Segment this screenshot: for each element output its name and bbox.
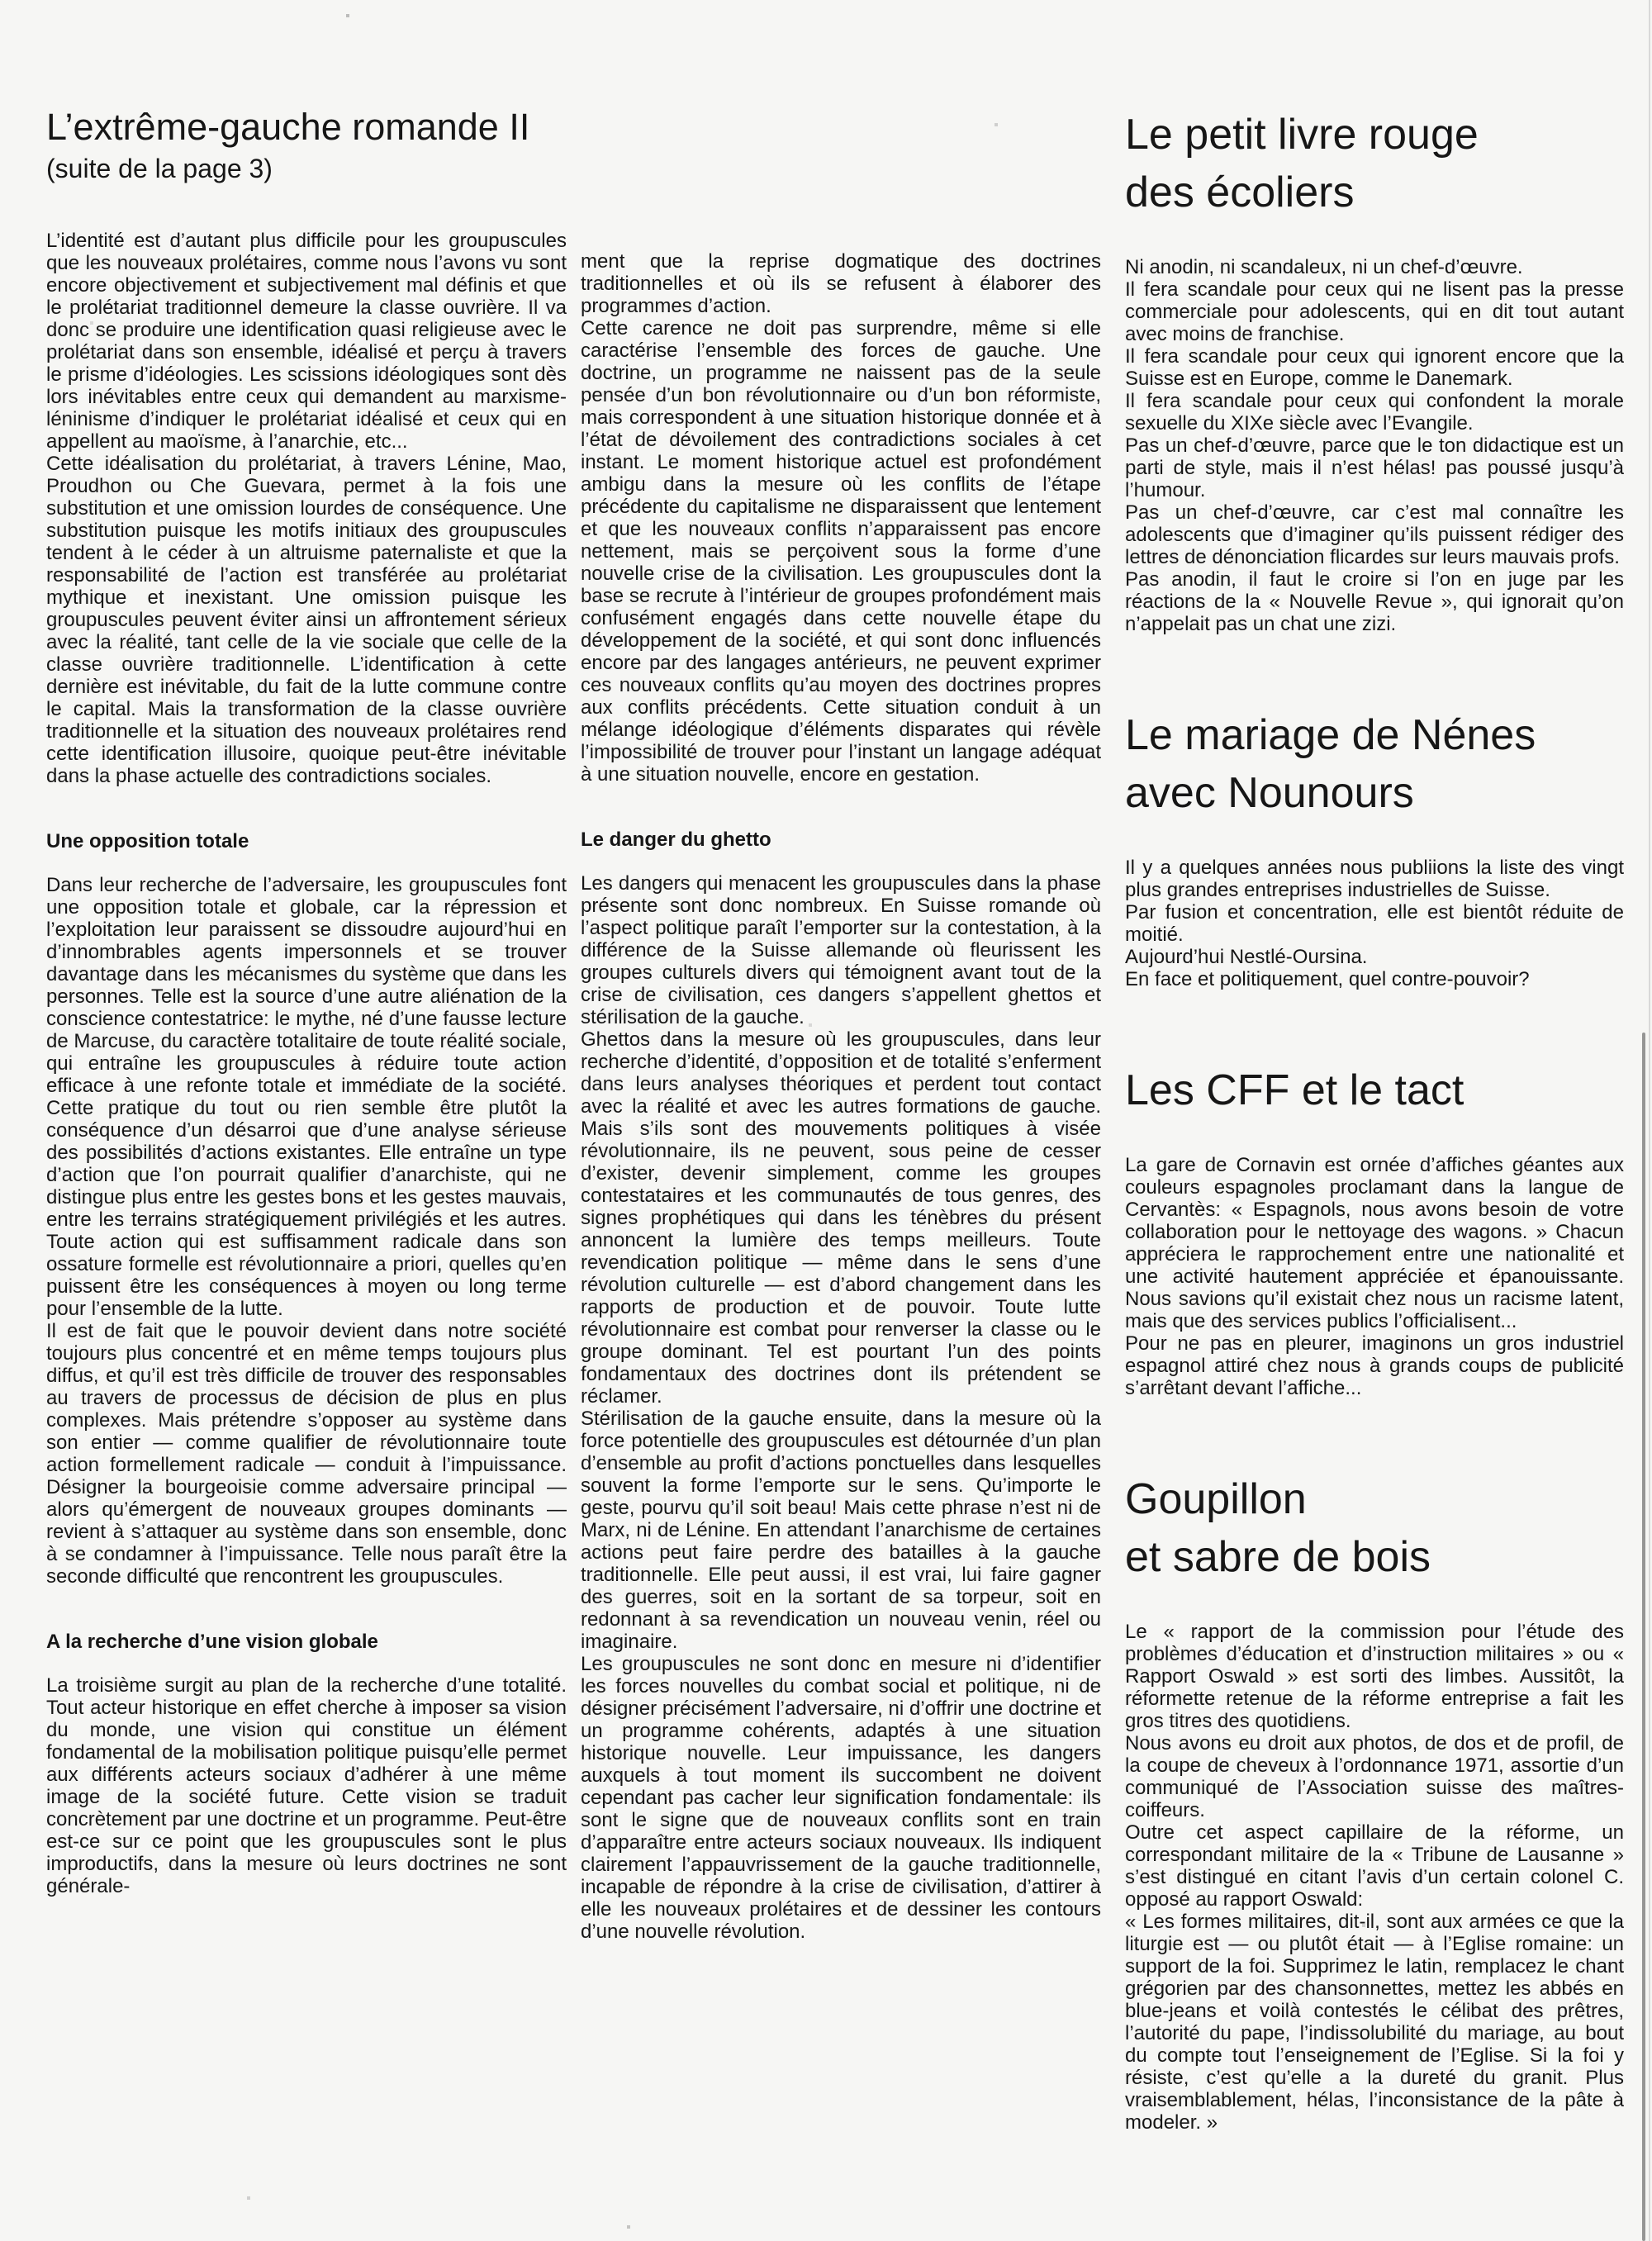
- paragraph: Pour ne pas en pleurer, imaginons un gro…: [1125, 1332, 1624, 1399]
- scan-speckles: [0, 0, 2, 2]
- paragraph: Cette idéalisation du prolétariat, à tra…: [46, 453, 567, 787]
- paragraph: Pas anodin, il faut le croire si l’on en…: [1125, 568, 1624, 635]
- paragraph: L’identité est d’autant plus difficile p…: [46, 230, 567, 453]
- paragraph: Aujourd’hui Nestlé-Oursina.: [1125, 946, 1624, 968]
- paragraph: En face et politiquement, quel contre-po…: [1125, 968, 1624, 990]
- subheading: Une opposition totale: [46, 830, 567, 852]
- paragraph: Ghettos dans la mesure où les groupuscul…: [581, 1028, 1101, 1408]
- subheading: Le danger du ghetto: [581, 829, 1101, 851]
- article-title: Goupillonet sabre de bois: [1125, 1470, 1624, 1586]
- paragraph: Les groupuscules ne sont donc en mesure …: [581, 1653, 1101, 1943]
- article: Les CFF et le tactLa gare de Cornavin es…: [1125, 1061, 1624, 1399]
- scanned-newspaper-page: { "page": { "paper_color": "#f6f6f4", "i…: [0, 0, 1652, 2241]
- paragraph: Par fusion et concentration, elle est bi…: [1125, 901, 1624, 946]
- paragraph: Cette carence ne doit pas surprendre, mê…: [581, 317, 1101, 786]
- left-column: L’extrême-gauche romande II (suite de la…: [46, 106, 567, 1897]
- paragraph: Ni anodin, ni scandaleux, ni un chef-d’œ…: [1125, 256, 1624, 278]
- article-title: Le mariage de Nénesavec Nounours: [1125, 706, 1624, 822]
- paragraph: Les dangers qui menacent les groupuscule…: [581, 872, 1101, 1028]
- paragraph: Pas un chef-d’œuvre, car c’est mal conna…: [1125, 501, 1624, 568]
- paragraph: Le « rapport de la commission pour l’étu…: [1125, 1621, 1624, 1732]
- scan-edge-artifact-light: [1649, 0, 1650, 2241]
- paragraph: Dans leur recherche de l’adversaire, les…: [46, 874, 567, 1320]
- article: Le petit livre rougedes écoliersNi anodi…: [1125, 106, 1624, 635]
- middle-column: ment que la reprise dogmatique des doctr…: [581, 250, 1101, 1943]
- paragraph: Pas un chef-d’œuvre, parce que le ton di…: [1125, 434, 1624, 501]
- paragraph: Outre cet aspect capillaire de la réform…: [1125, 1821, 1624, 1911]
- right-column-articles: Le petit livre rougedes écoliersNi anodi…: [1125, 106, 1624, 2134]
- subheading: A la recherche d’une vision globale: [46, 1631, 567, 1653]
- paragraph: Il fera scandale pour ceux qui confonden…: [1125, 390, 1624, 434]
- paragraph: Il est de fait que le pouvoir devient da…: [46, 1320, 567, 1588]
- right-column: Le petit livre rougedes écoliersNi anodi…: [1125, 106, 1624, 2134]
- paragraph: Il fera scandale pour ceux qui ignorent …: [1125, 345, 1624, 390]
- page-title: L’extrême-gauche romande II: [46, 106, 567, 149]
- article: Le mariage de Nénesavec NounoursIl y a q…: [1125, 706, 1624, 990]
- article: Goupillonet sabre de boisLe « rapport de…: [1125, 1470, 1624, 2134]
- article-title: Le petit livre rougedes écoliers: [1125, 106, 1624, 221]
- page: L’extrême-gauche romande II (suite de la…: [0, 0, 1652, 2241]
- paragraph: La troisième surgit au plan de la recher…: [46, 1674, 567, 1897]
- article-title: Les CFF et le tact: [1125, 1061, 1624, 1119]
- paragraph: La gare de Cornavin est ornée d’affiches…: [1125, 1154, 1624, 1332]
- paragraph: Il y a quelques années nous publiions la…: [1125, 857, 1624, 901]
- left-column-text: L’identité est d’autant plus difficile p…: [46, 230, 567, 1897]
- paragraph: Stérilisation de la gauche ensuite, dans…: [581, 1408, 1101, 1653]
- middle-column-text: ment que la reprise dogmatique des doctr…: [581, 250, 1101, 1943]
- paragraph: « Les formes militaires, dit-il, sont au…: [1125, 1911, 1624, 2134]
- paragraph: Nous avons eu droit aux photos, de dos e…: [1125, 1732, 1624, 1821]
- page-subtitle: (suite de la page 3): [46, 152, 567, 185]
- paragraph: Il fera scandale pour ceux qui ne lisent…: [1125, 278, 1624, 345]
- scan-edge-artifact: [1642, 1033, 1645, 2241]
- paragraph: ment que la reprise dogmatique des doctr…: [581, 250, 1101, 317]
